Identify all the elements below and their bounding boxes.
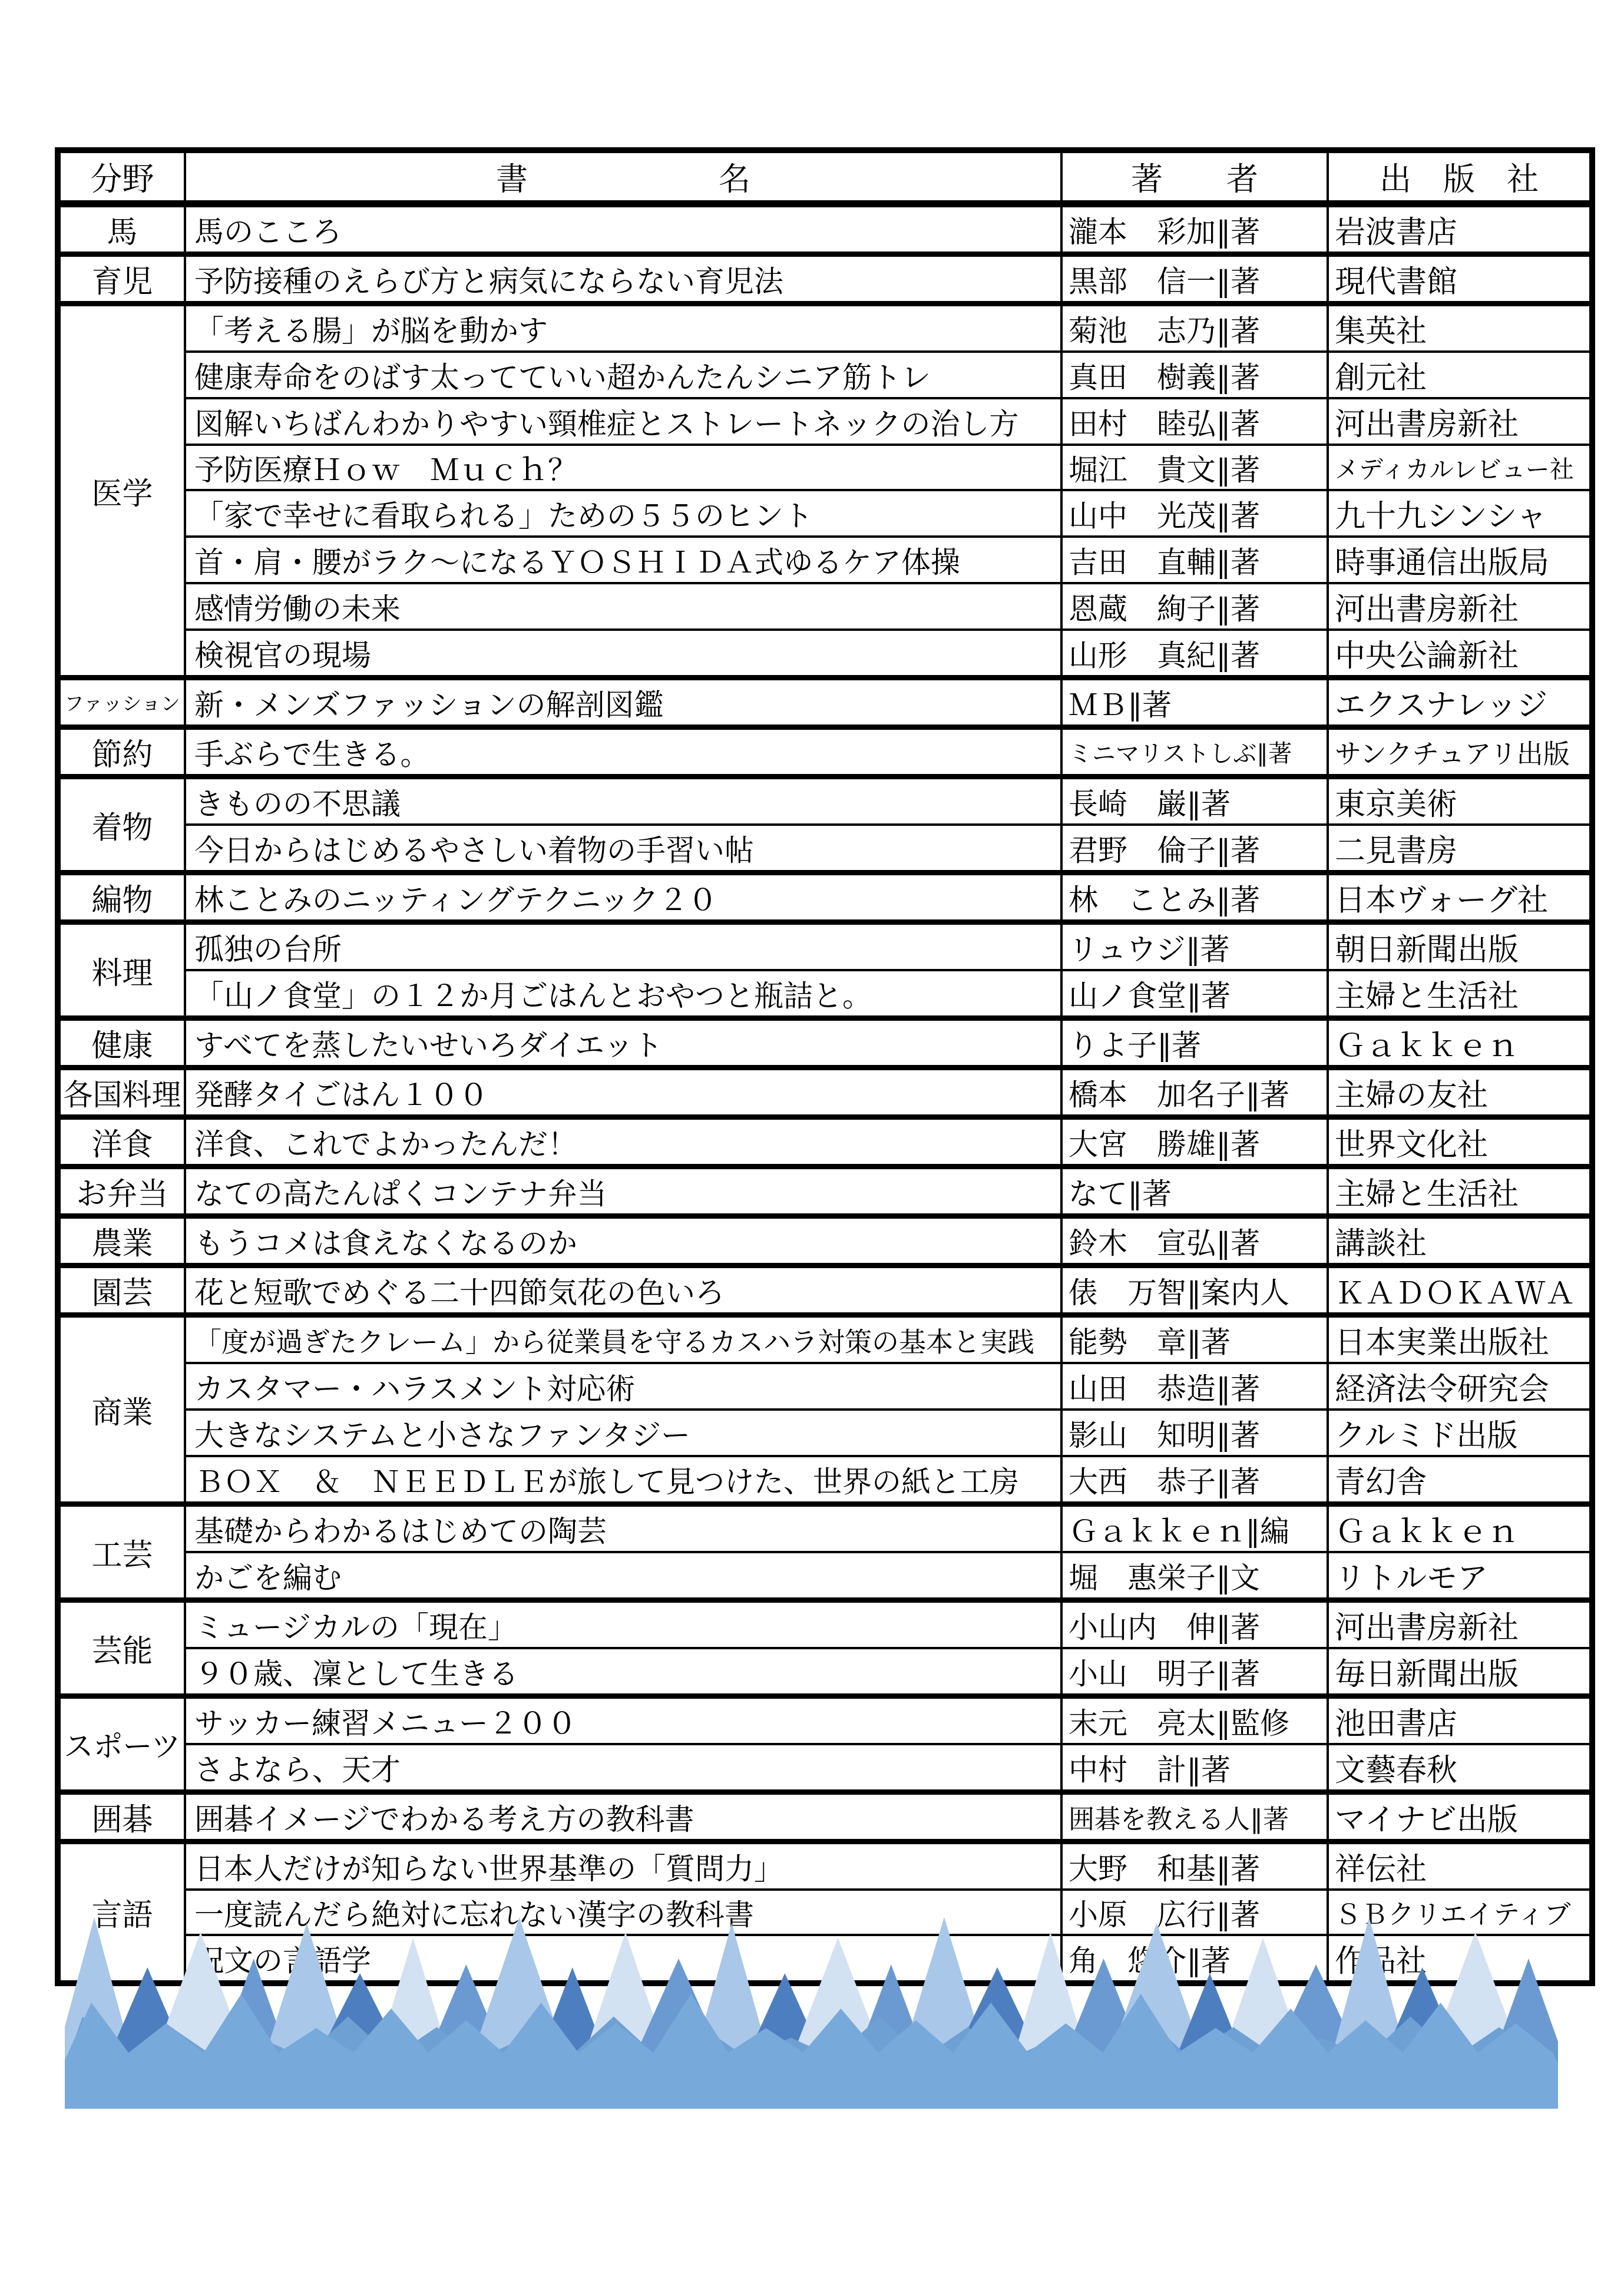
page: { "page": { "background_color": "#ffffff… (0, 0, 1624, 2296)
publisher-cell: エクスナレッジ (1328, 678, 1592, 727)
publisher-cell: サンクチュアリ出版 (1328, 727, 1592, 777)
publisher-cell: 日本実業出版社 (1328, 1315, 1592, 1364)
table-row: 馬馬のこころ瀧本 彩加∥著岩波書店 (58, 204, 1592, 254)
book-title-cell: 花と短歌でめぐる二十四節気花の色いろ (185, 1266, 1061, 1315)
author-cell: 真田 樹義∥著 (1061, 352, 1328, 398)
table-row: 図解いちばんわかりやすい頸椎症とストレートネックの治し方田村 睦弘∥著河出書房新… (58, 398, 1592, 445)
publisher-cell: 祥伝社 (1328, 1842, 1592, 1890)
author-cell: 俵 万智∥案内人 (1061, 1266, 1328, 1315)
publisher-cell: クルミド出版 (1328, 1410, 1592, 1456)
book-title-cell: 今日からはじめるやさしい着物の手習い帖 (185, 825, 1061, 873)
publisher-cell: ＫＡＤＯＫＡＷＡ (1328, 1266, 1592, 1315)
author-cell: 大宮 勝雄∥著 (1061, 1117, 1328, 1167)
category-cell: 医学 (58, 304, 185, 678)
book-title-cell: 感情労働の未来 (185, 583, 1061, 630)
publisher-cell: 河出書房新社 (1328, 583, 1592, 630)
author-cell: 山ノ食堂∥著 (1061, 970, 1328, 1018)
author-cell: 君野 倫子∥著 (1061, 825, 1328, 873)
publisher-cell: 現代書館 (1328, 254, 1592, 304)
author-cell: 林 ことみ∥著 (1061, 873, 1328, 922)
publisher-cell: リトルモア (1328, 1552, 1592, 1600)
author-cell: リュウジ∥著 (1061, 922, 1328, 971)
author-cell: 小山内 伸∥著 (1061, 1600, 1328, 1649)
table-row: さよなら、天才中村 計∥著文藝春秋 (58, 1744, 1592, 1792)
publisher-cell: 主婦と生活社 (1328, 1167, 1592, 1216)
book-title-cell: 予防医療Ｈｏｗ Ｍｕｃｈ？ (185, 445, 1061, 490)
category-cell: 洋食 (58, 1117, 185, 1167)
author-cell: 大西 恭子∥著 (1061, 1456, 1328, 1504)
table-row: 育児予防接種のえらび方と病気にならない育児法黒部 信一∥著現代書館 (58, 254, 1592, 304)
author-cell: 田村 睦弘∥著 (1061, 398, 1328, 445)
table-row: 首・肩・腰がラク～になるＹＯＳＨＩＤＡ式ゆるケア体操吉田 直輔∥著時事通信出版局 (58, 537, 1592, 583)
category-cell: 工芸 (58, 1504, 185, 1600)
table-row: 言語日本人だけが知らない世界基準の「質問力」大野 和基∥著祥伝社 (58, 1842, 1592, 1890)
table-row: 健康寿命をのばす太ってていい超かんたんシニア筋トレ真田 樹義∥著創元社 (58, 352, 1592, 398)
book-title-cell: 林ことみのニッティングテクニック２０ (185, 873, 1061, 922)
table-row: 医学「考える腸」が脳を動かす菊池 志乃∥著集英社 (58, 304, 1592, 352)
book-title-cell: 図解いちばんわかりやすい頸椎症とストレートネックの治し方 (185, 398, 1061, 445)
table-row: 節約手ぶらで生きる。ミニマリストしぶ∥著サンクチュアリ出版 (58, 727, 1592, 777)
table-row: 農業もうコメは食えなくなるのか鈴木 宣弘∥著講談社 (58, 1216, 1592, 1266)
publisher-cell: 創元社 (1328, 352, 1592, 398)
author-cell: 大野 和基∥著 (1061, 1842, 1328, 1890)
book-title-cell: 検視官の現場 (185, 630, 1061, 678)
author-cell: 黒部 信一∥著 (1061, 254, 1328, 304)
author-cell: 堀江 貴文∥著 (1061, 445, 1328, 490)
table-row: 「山ノ食堂」の１２か月ごはんとおやつと瓶詰と。山ノ食堂∥著主婦と生活社 (58, 970, 1592, 1018)
publisher-cell: 時事通信出版局 (1328, 537, 1592, 583)
mountain-range-illustration (65, 1905, 1558, 2109)
table-row: 芸能ミュージカルの「現在」小山内 伸∥著河出書房新社 (58, 1600, 1592, 1649)
table-row: 各国料理発酵タイごはん１００橋本 加名子∥著主婦の友社 (58, 1068, 1592, 1117)
author-cell: 吉田 直輔∥著 (1061, 537, 1328, 583)
publisher-cell: Ｇａｋｋｅｎ (1328, 1018, 1592, 1068)
book-title-cell: もうコメは食えなくなるのか (185, 1216, 1061, 1266)
table-row: 検視官の現場山形 真紀∥著中央公論新社 (58, 630, 1592, 678)
publisher-cell: マイナビ出版 (1328, 1792, 1592, 1842)
book-title-cell: カスタマー・ハラスメント対応術 (185, 1363, 1061, 1410)
category-cell: お弁当 (58, 1167, 185, 1216)
author-cell: 小山 明子∥著 (1061, 1648, 1328, 1696)
publisher-cell: 岩波書店 (1328, 204, 1592, 254)
book-title-cell: 「山ノ食堂」の１２か月ごはんとおやつと瓶詰と。 (185, 970, 1061, 1018)
table-row: スポーツサッカー練習メニュー２００末元 亮太∥監修池田書店 (58, 1696, 1592, 1745)
book-title-cell: 健康寿命をのばす太ってていい超かんたんシニア筋トレ (185, 352, 1061, 398)
author-cell: 堀 惠栄子∥文 (1061, 1552, 1328, 1600)
book-title-cell: 首・肩・腰がラク～になるＹＯＳＨＩＤＡ式ゆるケア体操 (185, 537, 1061, 583)
book-title-cell: 新・メンズファッションの解剖図鑑 (185, 678, 1061, 727)
publisher-cell: 朝日新聞出版 (1328, 922, 1592, 971)
author-cell: 長崎 巌∥著 (1061, 777, 1328, 825)
publisher-cell: 九十九シンシャ (1328, 490, 1592, 537)
category-cell: 商業 (58, 1315, 185, 1504)
book-title-cell: 手ぶらで生きる。 (185, 727, 1061, 777)
header-publisher: 出 版 社 (1328, 150, 1592, 204)
publisher-cell: 青幻舎 (1328, 1456, 1592, 1504)
category-cell: 芸能 (58, 1600, 185, 1696)
author-cell: 山中 光茂∥著 (1061, 490, 1328, 537)
table-row: ＢＯＸ ＆ ＮＥＥＤＬＥが旅して見つけた、世界の紙と工房大西 恭子∥著青幻舎 (58, 1456, 1592, 1504)
book-title-cell: 大きなシステムと小さなファンタジー (185, 1410, 1061, 1456)
table-row: 今日からはじめるやさしい着物の手習い帖君野 倫子∥著二見書房 (58, 825, 1592, 873)
table-row: カスタマー・ハラスメント対応術山田 恭造∥著経済法令研究会 (58, 1363, 1592, 1410)
book-title-cell: 孤独の台所 (185, 922, 1061, 971)
category-cell: 編物 (58, 873, 185, 922)
header-author: 著 者 (1061, 150, 1328, 204)
table-row: 工芸基礎からわかるはじめての陶芸Ｇａｋｋｅｎ∥編Ｇａｋｋｅｎ (58, 1504, 1592, 1553)
author-cell: なて∥著 (1061, 1167, 1328, 1216)
book-title-cell: サッカー練習メニュー２００ (185, 1696, 1061, 1745)
book-title-cell: 洋食、これでよかったんだ！ (185, 1117, 1061, 1167)
book-title-cell: きものの不思議 (185, 777, 1061, 825)
book-table-body: 馬馬のこころ瀧本 彩加∥著岩波書店育児予防接種のえらび方と病気にならない育児法黒… (58, 204, 1592, 1983)
author-cell: りよ子∥著 (1061, 1018, 1328, 1068)
category-cell: 農業 (58, 1216, 185, 1266)
book-title-cell: さよなら、天才 (185, 1744, 1061, 1792)
table-row: 「家で幸せに看取られる」ための５５のヒント山中 光茂∥著九十九シンシャ (58, 490, 1592, 537)
author-cell: 影山 知明∥著 (1061, 1410, 1328, 1456)
publisher-cell: 池田書店 (1328, 1696, 1592, 1745)
table-row: 編物林ことみのニッティングテクニック２０林 ことみ∥著日本ヴォーグ社 (58, 873, 1592, 922)
author-cell: 末元 亮太∥監修 (1061, 1696, 1328, 1745)
book-list-table: 分野 書 名 著 者 出 版 社 馬馬のこころ瀧本 彩加∥著岩波書店育児予防接種… (55, 147, 1595, 1986)
book-title-cell: 基礎からわかるはじめての陶芸 (185, 1504, 1061, 1553)
publisher-cell: 日本ヴォーグ社 (1328, 873, 1592, 922)
category-cell: ファッション (58, 678, 185, 727)
header-title: 書 名 (185, 150, 1061, 204)
table-row: 着物きものの不思議長崎 巌∥著東京美術 (58, 777, 1592, 825)
publisher-cell: 経済法令研究会 (1328, 1363, 1592, 1410)
publisher-cell: 集英社 (1328, 304, 1592, 352)
category-cell: 育児 (58, 254, 185, 304)
publisher-cell: 中央公論新社 (1328, 630, 1592, 678)
table-row: お弁当なての高たんぱくコンテナ弁当なて∥著主婦と生活社 (58, 1167, 1592, 1216)
author-cell: ＭＢ∥著 (1061, 678, 1328, 727)
publisher-cell: 主婦と生活社 (1328, 970, 1592, 1018)
author-cell: 山田 恭造∥著 (1061, 1363, 1328, 1410)
table-row: 囲碁囲碁イメージでわかる考え方の教科書囲碁を教える人∥著マイナビ出版 (58, 1792, 1592, 1842)
book-title-cell: 日本人だけが知らない世界基準の「質問力」 (185, 1842, 1061, 1890)
header-category: 分野 (58, 150, 185, 204)
table-row: 料理孤独の台所リュウジ∥著朝日新聞出版 (58, 922, 1592, 971)
book-title-cell: ９０歳、凜として生きる (185, 1648, 1061, 1696)
book-title-cell: なての高たんぱくコンテナ弁当 (185, 1167, 1061, 1216)
publisher-cell: 講談社 (1328, 1216, 1592, 1266)
publisher-cell: 主婦の友社 (1328, 1068, 1592, 1117)
book-title-cell: すべてを蒸したいせいろダイエット (185, 1018, 1061, 1068)
publisher-cell: 河出書房新社 (1328, 1600, 1592, 1649)
publisher-cell: メディカルレビュー社 (1328, 445, 1592, 490)
category-cell: 馬 (58, 204, 185, 254)
table-row: 洋食洋食、これでよかったんだ！大宮 勝雄∥著世界文化社 (58, 1117, 1592, 1167)
book-title-cell: 予防接種のえらび方と病気にならない育児法 (185, 254, 1061, 304)
table-row: 商業「度が過ぎたクレーム」から従業員を守るカスハラ対策の基本と実践能勢 章∥著日… (58, 1315, 1592, 1364)
book-title-cell: かごを編む (185, 1552, 1061, 1600)
table-row: 健康すべてを蒸したいせいろダイエットりよ子∥著Ｇａｋｋｅｎ (58, 1018, 1592, 1068)
author-cell: 囲碁を教える人∥著 (1061, 1792, 1328, 1842)
book-title-cell: 馬のこころ (185, 204, 1061, 254)
publisher-cell: 東京美術 (1328, 777, 1592, 825)
table-row: かごを編む堀 惠栄子∥文リトルモア (58, 1552, 1592, 1600)
category-cell: 着物 (58, 777, 185, 873)
category-cell: 各国料理 (58, 1068, 185, 1117)
category-cell: スポーツ (58, 1696, 185, 1792)
book-title-cell: ミュージカルの「現在」 (185, 1600, 1061, 1649)
author-cell: 能勢 章∥著 (1061, 1315, 1328, 1364)
book-title-cell: 発酵タイごはん１００ (185, 1068, 1061, 1117)
book-title-cell: 「家で幸せに看取られる」ための５５のヒント (185, 490, 1061, 537)
book-title-cell: ＢＯＸ ＆ ＮＥＥＤＬＥが旅して見つけた、世界の紙と工房 (185, 1456, 1061, 1504)
author-cell: 山形 真紀∥著 (1061, 630, 1328, 678)
author-cell: 瀧本 彩加∥著 (1061, 204, 1328, 254)
table-row: 予防医療Ｈｏｗ Ｍｕｃｈ？堀江 貴文∥著メディカルレビュー社 (58, 445, 1592, 490)
publisher-cell: 毎日新聞出版 (1328, 1648, 1592, 1696)
table-header: 分野 書 名 著 者 出 版 社 (58, 150, 1592, 204)
category-cell: 園芸 (58, 1266, 185, 1315)
author-cell: ミニマリストしぶ∥著 (1061, 727, 1328, 777)
publisher-cell: 文藝春秋 (1328, 1744, 1592, 1792)
author-cell: 鈴木 宣弘∥著 (1061, 1216, 1328, 1266)
author-cell: 中村 計∥著 (1061, 1744, 1328, 1792)
book-title-cell: 「度が過ぎたクレーム」から従業員を守るカスハラ対策の基本と実践 (185, 1315, 1061, 1364)
table-row: 園芸花と短歌でめぐる二十四節気花の色いろ俵 万智∥案内人ＫＡＤＯＫＡＷＡ (58, 1266, 1592, 1315)
category-cell: 料理 (58, 922, 185, 1018)
author-cell: 菊池 志乃∥著 (1061, 304, 1328, 352)
author-cell: 恩蔵 絢子∥著 (1061, 583, 1328, 630)
author-cell: Ｇａｋｋｅｎ∥編 (1061, 1504, 1328, 1553)
publisher-cell: 河出書房新社 (1328, 398, 1592, 445)
table-row: 感情労働の未来恩蔵 絢子∥著河出書房新社 (58, 583, 1592, 630)
table-row: 大きなシステムと小さなファンタジー影山 知明∥著クルミド出版 (58, 1410, 1592, 1456)
book-title-cell: 「考える腸」が脳を動かす (185, 304, 1061, 352)
publisher-cell: 世界文化社 (1328, 1117, 1592, 1167)
category-cell: 囲碁 (58, 1792, 185, 1842)
publisher-cell: Ｇａｋｋｅｎ (1328, 1504, 1592, 1553)
author-cell: 橋本 加名子∥著 (1061, 1068, 1328, 1117)
category-cell: 節約 (58, 727, 185, 777)
table-row: ９０歳、凜として生きる小山 明子∥著毎日新聞出版 (58, 1648, 1592, 1696)
publisher-cell: 二見書房 (1328, 825, 1592, 873)
table-row: ファッション新・メンズファッションの解剖図鑑ＭＢ∥著エクスナレッジ (58, 678, 1592, 727)
category-cell: 健康 (58, 1018, 185, 1068)
book-title-cell: 囲碁イメージでわかる考え方の教科書 (185, 1792, 1061, 1842)
